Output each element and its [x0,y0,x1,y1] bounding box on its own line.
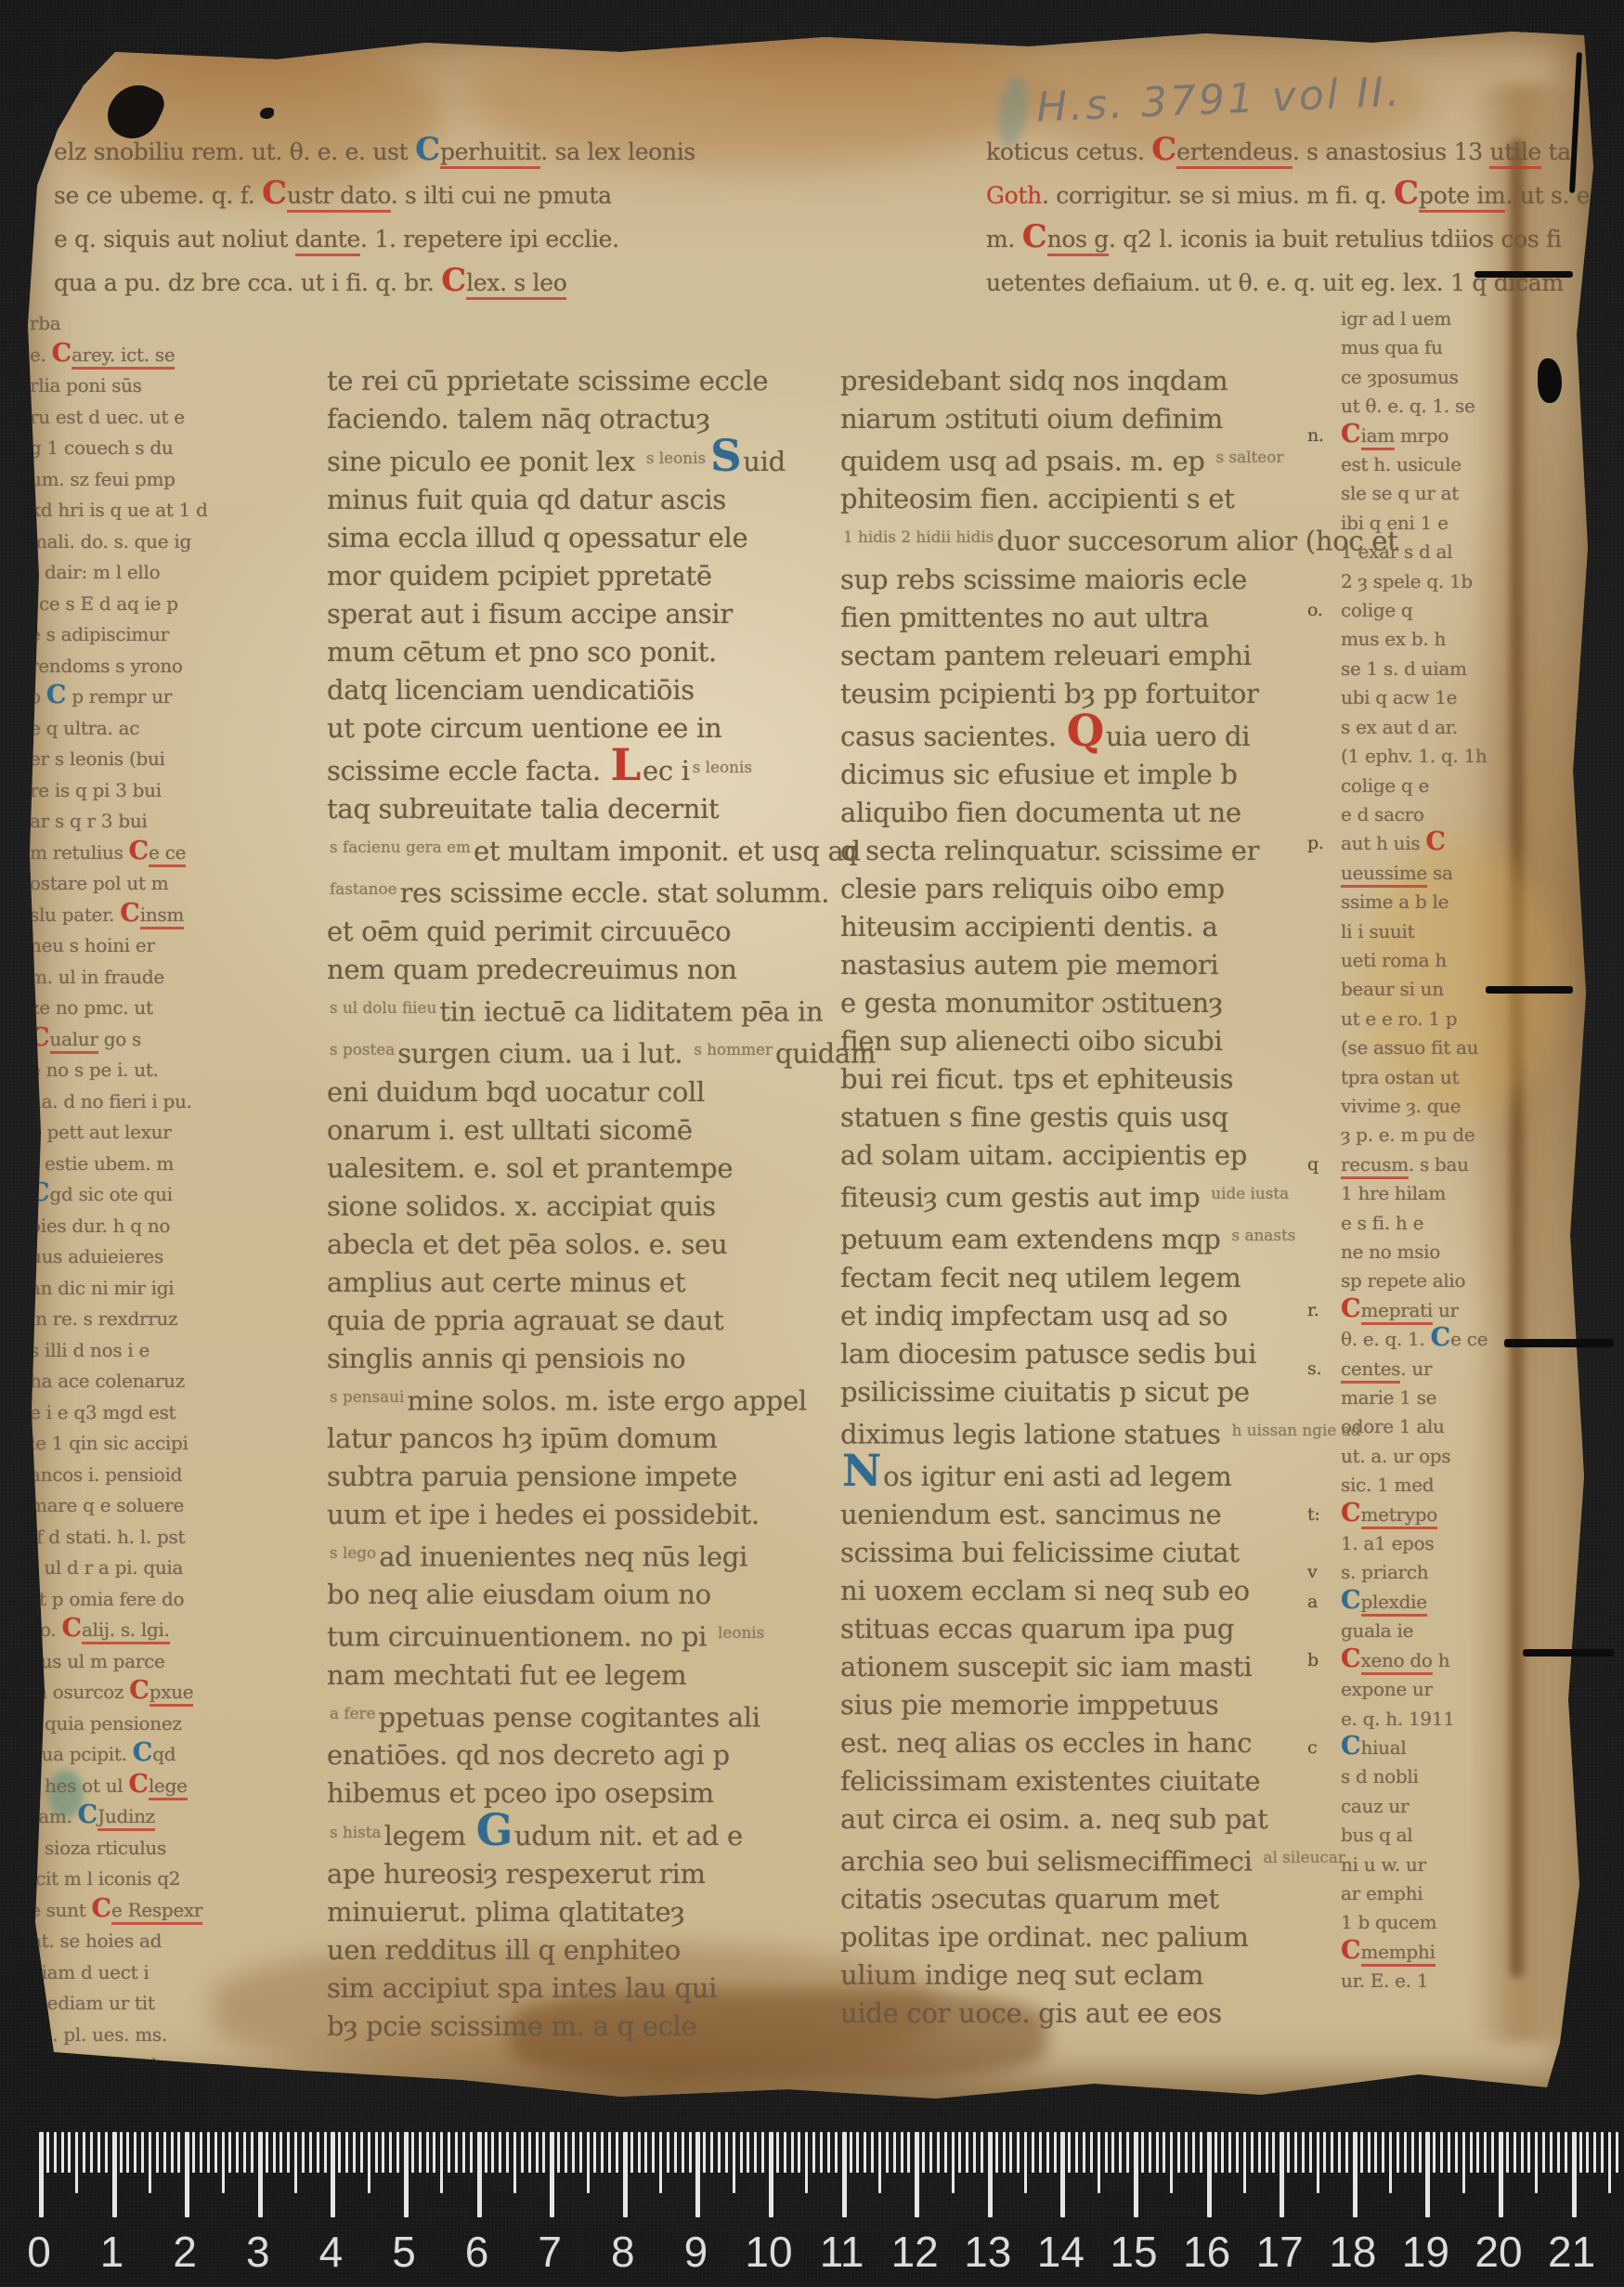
text-line: ce ȝposumus [1341,363,1575,392]
text-span: (se assuo fit au [1341,1036,1478,1059]
text-span: enatiōes. qd nos decreto agi p [327,1739,730,1771]
text-span: nt. se hoies ad [30,1930,162,1952]
ruler-tick [462,2132,465,2173]
text-line: ram. CJudinz [30,1801,327,1833]
text-line: ni u w. ur [1341,1851,1575,1879]
text-span: ob. pl. ues. ms. [30,2023,167,2046]
text-span: oies dur. h q no [30,1215,170,1237]
text-line: hiteusim accipienti dentis. a [840,908,1316,946]
text-line: cauz ur [1341,1792,1575,1821]
text-line: eni duidum bqd uocatur coll [327,1073,802,1111]
text-span: fiteusiȝ cum gestis aut imp [840,1181,1208,1213]
text-span: expone ur [1341,1678,1433,1700]
text-span: aliquibo fien documenta ut ne [840,797,1241,828]
text-span: ar s q r 3 bui [30,810,148,832]
ruler-tick [54,2132,57,2173]
text-line: ar emphi [1341,1879,1575,1908]
ruler-label: 8 [611,2227,635,2277]
margin-letter: a [1307,1588,1318,1617]
text-span: surgen cium. ua i lut. [397,1038,691,1070]
ruler-tick [630,2132,633,2173]
text-line: s.centes. ur [1341,1355,1575,1384]
ruler-tick [134,2132,136,2173]
ruler-tick [1389,2132,1392,2193]
rubricated-text: Judinz [97,1805,155,1831]
text-line: r.Cmeprati ur [1341,1296,1575,1325]
text-line: fectam fecit neq utilem legem [840,1259,1316,1297]
text-span: nem quam predecreuimus non [327,954,737,985]
text-span: 1 b qucem [1341,1911,1436,1933]
paraph-mark-icon: C [1341,1644,1360,1673]
text-span: bȝ pcie scissime m. a q ecle [327,2010,696,2042]
ruler-tick [842,2132,847,2217]
text-span: sup rebs scissime maioris ecle [840,564,1247,595]
ruler-tick [46,2132,49,2173]
text-span: gd sic ote qui [50,1183,173,1205]
text-span: . sa lex leonis [540,138,695,165]
text-line: sius pie memorie imppetuus [840,1686,1316,1724]
text-line: m retulius Ce ce [30,838,327,869]
text-span: s hes ot ul [30,1774,128,1797]
ruler-label: 10 [745,2227,792,2277]
ruler-tick [433,2132,435,2173]
paraph-mark-icon: C [129,1676,149,1705]
text-line: e q ultra. ac [30,713,327,745]
ruler-tick [1368,2132,1371,2173]
text-span: sius pie memorie imppetuus [840,1689,1218,1721]
ruler-tick [740,2132,743,2173]
text-line: ni uoxem ecclam si neq sub eo [840,1572,1316,1610]
ruler-tick [652,2132,655,2173]
text-span: scissime eccle facta. [327,755,609,786]
text-line: n.Ciam mrpo [1341,422,1575,450]
text-line: aut circa ei osim. a. neq sub pat [840,1800,1316,1839]
ruler-tick [587,2132,590,2193]
interlinear-gloss: s hommer [694,1040,773,1059]
ruler-tick [317,2132,319,2173]
ruler-tick [536,2132,539,2173]
rubricated-text: e Respexr [111,1899,202,1925]
ruler-tick [1134,2132,1138,2217]
text-span: sp repete alio [1341,1269,1465,1292]
text-span: ce ȝposumus [1341,366,1459,388]
text-line: qrecusm. s bau [1341,1150,1575,1179]
text-span: uiam d uect i [30,1961,149,1983]
text-span: aut circa ei osim. a. neq sub pat [840,1803,1267,1835]
ruler-tick [1149,2132,1151,2173]
ruler-tick [1046,2132,1049,2173]
text-line: in re. s rexdrruz [30,1304,327,1335]
ruler-tick [1221,2132,1224,2173]
text-line: m. ul in fraude [30,962,327,994]
ruler-tick [331,2132,335,2217]
text-span: s ex aut d ar. [1341,716,1458,738]
text-line: ueniendum est. sancimus ne [840,1496,1316,1534]
text-line: 1 uil q3 ua e 12 [30,2082,327,2113]
ruler-tick [1163,2132,1165,2173]
text-span: slu pater. [30,903,120,926]
text-span: hiual [1361,1736,1407,1759]
paraph-mark-icon: C [262,174,286,211]
text-span: niarum ɔstituti oium definim [840,403,1223,435]
text-span: petuum eam extendens mqp [840,1224,1228,1255]
ruler-tick [345,2132,348,2173]
ruler-tick [1411,2132,1414,2173]
ruler-tick [1111,2132,1114,2173]
text-span: 1 hre hilam [1341,1182,1446,1204]
ruler-tick [856,2132,859,2173]
text-line: li i suuit [1341,917,1575,946]
text-span: go s [98,1028,141,1050]
text-line: rendoms s yrono [30,651,327,682]
rubricated-text: ualur [50,1028,98,1054]
text-line: um. sz feui pmp [30,464,327,496]
text-span: taq subreuitate talia decernit [327,793,719,825]
ruler-tick [1280,2132,1284,2217]
ruler-tick [75,2132,78,2193]
text-span: res scissime eccle. stat solumm. [400,877,830,909]
text-span: ulium indige neq sut eclam [840,1959,1203,1991]
text-span: ut. a. ur ops [1341,1445,1450,1467]
text-line: e i e q3 mgd est [30,1397,327,1429]
ruler-tick [97,2132,100,2173]
text-line: casus sacientes. Quia uero di [840,713,1316,756]
ruler-label: 1 [100,2227,124,2277]
text-line: uum et ipe i hedes ei possidebit. [327,1496,802,1534]
ruler-label: 13 [964,2227,1011,2277]
text-line: phiteosim fien. accipienti s et [840,480,1316,518]
text-span: 1 pett aut lexur [30,1121,172,1143]
text-line: oies dur. h q no [30,1211,327,1242]
initial-letter: N [842,1445,881,1496]
text-span: mus qua fu [1341,336,1443,358]
text-line: expone ur [1341,1675,1575,1704]
paraph-mark-icon: C [1341,1294,1360,1323]
text-span: mus ex b. h [1341,628,1446,650]
ruler-tick [995,2132,998,2173]
ruler-tick [163,2132,166,2173]
text-line: mediam ur tit [30,1988,327,2020]
text-line: er s leonis (bui [30,744,327,775]
text-span: e i e q3 mgd est [30,1401,175,1423]
text-line: ape hureosiȝ respexerut rim [327,1855,802,1893]
ruler-tick [952,2132,955,2193]
text-line: vivime ȝ. que [1341,1092,1575,1121]
ruler-tick [360,2132,363,2173]
ruler-tick [207,2132,210,2173]
text-span: colige q [1341,599,1412,621]
initial-letter: G [476,1804,513,1855]
text-line: fien sup alienecti oibo sicubi [840,1022,1316,1060]
text-line: r ul d r a pi. quia [30,1553,327,1584]
paraph-mark-icon: C [1394,174,1418,211]
ruler-tick [1009,2132,1012,2173]
ruler-tick [733,2132,735,2193]
text-line: e. q. h. 1911 [1341,1705,1575,1734]
paraph-mark-icon: C [133,1738,152,1767]
text-span: Tmuuerur. selz [30,2054,166,2076]
text-span: hiteusim accipienti dentis. a [840,911,1217,942]
text-line: s facienu gera emet multam imponit. et u… [327,828,802,870]
ruler-tick [513,2132,516,2193]
text-span: dicimus sic efusiue et imple b [840,759,1238,790]
text-line: amplius aut certe minus et [327,1264,802,1302]
ruler-tick [448,2132,450,2173]
margin-letter: o. [1307,596,1323,625]
text-line: mor quidem pcipiet ppretatē [327,557,802,595]
ruler-tick [1455,2132,1458,2173]
ruler-tick [812,2132,815,2173]
text-line: ut θ. e. q. 1. se [1341,392,1575,421]
text-span: latur pancos hȝ ipūm domum [327,1423,717,1454]
top-gloss-left: elz snobiliu rem. ut. θ. e. e. ust Cperh… [54,130,992,305]
ruler-label: 7 [538,2227,562,2277]
text-span: s sioza rticulus [30,1837,166,1859]
margin-letter: n. [1307,422,1324,450]
main-text-column-2: presidebant sidq nos inqdamniarum ɔstitu… [840,362,1316,2033]
text-span: θ. e. q. 1. [1341,1328,1431,1350]
ruler-tick [309,2132,312,2173]
text-span: qua pcipit. [30,1743,133,1765]
interlinear-gloss: s hista [330,1823,382,1841]
interlinear-gloss: s ul dolu fiieu [330,998,436,1017]
text-span: ta [1541,138,1571,165]
rubricated-text: pote im [1419,182,1505,213]
text-span: guala ie [1341,1619,1413,1642]
ruler-tick [68,2132,71,2173]
text-span: mine solos. m. iste ergo appel [407,1384,806,1416]
text-span: qua a pu. dz bre cca. ut i fi. q. br. [54,269,441,296]
ruler-tick [616,2132,618,2173]
text-line: et indiq impfectam usq ad so [840,1297,1316,1335]
text-line: s illi d nos i e [30,1335,327,1367]
ruler-tick [112,2132,117,2217]
rubricated-text: ueussime [1341,862,1427,888]
ruler-tick [83,2132,85,2173]
text-span: ni uoxem ecclam si neq sub eo [840,1575,1250,1606]
ruler-tick [1068,2132,1071,2173]
ruler-tick [667,2132,669,2173]
text-line: est h. usicule [1341,450,1575,479]
text-line: sup rebs scissime maioris ecle [840,561,1316,599]
text-span: e s adipiscimur [30,623,169,645]
text-line: bo neq alie eiusdam oium no [327,1576,802,1614]
ruler-tick [411,2132,414,2173]
text-line: cChiual [1341,1734,1575,1762]
ruler-tick [61,2132,64,2173]
paraph-mark-icon: C [30,1023,49,1052]
ruler-tick [1440,2132,1443,2173]
text-line: psilicissime ciuitatis p sicut pe [840,1373,1316,1411]
interlinear-gloss: s leonis [693,758,752,776]
text-span: ne no msio [1341,1241,1440,1263]
text-span: mum cētum et pno sco ponit. [327,636,717,668]
text-line: 1 pett aut lexur [30,1117,327,1149]
text-span: uid [743,446,786,477]
text-span: ad inuenientes neq nūs legi [379,1540,747,1572]
text-span: clesie pars reliquis oibo emp [840,873,1225,904]
stitch-mark [1504,1339,1614,1347]
ruler-label: 9 [684,2227,708,2277]
paraph-mark-icon: C [1425,827,1445,856]
ruler-tick [185,2132,189,2217]
text-span: ubi q acw 1e [1341,686,1457,708]
text-span: ualesitem. e. sol et prantempe [327,1152,733,1184]
text-span: ur [1433,1299,1459,1321]
text-span: ar emphi [1341,1882,1423,1904]
text-span: stituas eccas quarum ipa pug [840,1613,1234,1644]
text-line: e s adipiscimur [30,619,327,651]
text-line: stituas eccas quarum ipa pug [840,1610,1316,1648]
ruler-tick [1141,2132,1144,2173]
text-line: elz snobiliu rem. ut. θ. e. e. ust Cperh… [54,130,992,174]
ruler-tick [396,2132,399,2173]
text-line: bȝ pcie scissime m. a q ecle [327,2008,802,2046]
ruler-tick [1243,2132,1246,2193]
ruler-label: 0 [27,2227,51,2277]
ruler-tick [1032,2132,1034,2173]
text-line: icit m l iconis q2 [30,1864,327,1895]
text-span: quidem usq ad psais. m. ep [840,445,1213,476]
rubricated-text: recusm [1341,1153,1409,1179]
text-line: sine piculo ee ponit lex s leonisSuid [327,438,802,481]
paraph-mark-icon: C [120,899,139,928]
ruler-label: 21 [1548,2227,1595,2277]
interlinear-gloss: al sileucar [1264,1848,1345,1866]
text-line: ff d stati. h. l. pst [30,1522,327,1553]
text-span: ationem suscepit sic iam masti [840,1651,1252,1683]
ruler-tick [689,2132,692,2173]
text-line: ad solam uitam. accipientis ep [840,1137,1316,1175]
ruler-tick [710,2132,713,2173]
text-span: uen redditus ill q enphiteo [327,1934,681,1966]
top-gloss-right: koticus cetus. Certendeus. s anastosius … [986,130,1594,305]
ruler-tick [1207,2132,1212,2217]
ruler-tick [1317,2132,1319,2193]
text-line: s pensauimine solos. m. iste ergo appel [327,1378,802,1420]
ruler-tick [1448,2132,1450,2173]
text-span: felicissimam existentes ciuitate [840,1765,1260,1797]
ruler-label: 15 [1110,2227,1157,2277]
text-span: e sunt [30,1899,92,1921]
text-span: mor quidem pcipiet ppretatē [327,560,712,591]
text-span: phiteosim fien. accipienti s et [840,483,1234,514]
ruler-tick [375,2132,378,2173]
text-span: p rempr ur [66,685,172,708]
text-span: politas ipe ordinat. nec palium [840,1921,1249,1953]
rubricated-text: insm [140,903,184,929]
text-span: hibemus et pceo ipo osepsim [327,1777,714,1809]
text-line: m. Cnos g. q2 l. iconis ia buit retulius… [986,217,1594,261]
text-span: datq licenciam uendicatiōis [327,674,695,706]
ruler-tick [338,2132,341,2173]
ruler-tick [1462,2132,1465,2193]
paraph-mark-icon: C [78,1800,97,1829]
text-span: s estie ubem. m [30,1152,174,1175]
ruler-tick [1425,2132,1430,2217]
ruler-tick [368,2132,370,2193]
pencil-shelfmark: H.s. 3791 vol II. [1035,68,1403,131]
right-margin-gloss: igr ad l uemmus qua fuce ȝposumusut θ. e… [1341,305,1575,1996]
text-line: mus ex b. h [1341,625,1575,654]
text-line: bus q al [1341,1821,1575,1850]
text-line: mare q e soluere [30,1490,327,1522]
ruler-tick [929,2132,932,2173]
ruler-tick [266,2132,268,2173]
ruler-tick [1098,2132,1100,2193]
text-line: uide cor uoce. gis aut ee eos [840,1995,1316,2033]
ruler-tick [557,2132,560,2173]
text-span: statuen s fine gestis quis usq [840,1101,1228,1133]
interlinear-gloss: leonis [718,1623,764,1642]
text-span: bui rei ficut. tps et ephiteusis [840,1063,1233,1095]
text-span: mali. do. s. que ig [30,530,191,552]
interlinear-gloss: s facienu gera em [330,838,471,856]
text-span: sic. 1 med [1341,1474,1434,1496]
ruler-tick [1579,2132,1582,2173]
text-line: subtra paruia pensione impete [327,1458,802,1496]
text-span: tin iectuē ca liditatem pēa in [439,995,823,1027]
text-span: ostare pol ut m [30,872,168,894]
text-span: vivime ȝ. que [1341,1095,1461,1117]
text-line: aliquibo fien documenta ut ne [840,794,1316,832]
margin-letter: v [1307,1558,1317,1587]
ruler-tick [419,2132,422,2173]
text-span: 1. a1 epos [1341,1532,1434,1554]
paraph-mark-icon: C [1341,1499,1360,1527]
ruler-tick [455,2132,458,2173]
paraph-mark-icon: C [1431,1323,1450,1352]
text-line: vo. Calij. s. lgi. [30,1615,327,1646]
text-span: se 1 s. d uiam [1341,657,1467,680]
text-line: sce s E d aq ie p [30,589,327,620]
ruler-tick [214,2132,217,2173]
stitch-mark [1523,1649,1614,1657]
rubricated-text: e ce [149,841,186,867]
text-line: s sioza rticulus [30,1833,327,1865]
initial-letter: S [710,430,741,481]
paraph-mark-icon: C [52,339,71,368]
text-span: et oēm quid perimit circuuēco [327,916,731,947]
text-span: . s ilti cui ne pmuta [391,182,612,209]
interlinear-gloss: fastanoe [330,879,397,898]
text-line: Cualur go s [30,1024,327,1056]
ruler-tick [1542,2132,1545,2173]
ruler-tick [1156,2132,1159,2173]
ruler-tick [1557,2132,1560,2173]
text-line: est. neq alias os eccles in hanc [840,1724,1316,1762]
paraph-mark-icon: C [1341,420,1360,448]
ruler-tick [1404,2132,1407,2173]
margin-letter: t: [1307,1501,1319,1529]
text-line: nt. se hoies ad [30,1926,327,1957]
text-span: 1 exar s d al [1341,540,1452,563]
text-line: abecla et det pēa solos. e. seu [327,1226,802,1264]
text-line: quia de ppria agrauat se daut [327,1302,802,1340]
interlinear-gloss: 1 hidis 2 hidii hidis [843,527,994,546]
text-span: scissima bui felicissime ciutat [840,1537,1240,1568]
text-span: h [1433,1649,1450,1671]
text-span: est h. usicule [1341,453,1462,475]
ruler-tick [798,2132,800,2173]
rubric-text: Goth [986,182,1042,209]
text-span: q secta relinquatur. scissime er [840,835,1259,866]
text-span: minus fuit quia qd datur ascis [327,484,726,515]
text-line: mum cētum et pno sco ponit. [327,633,802,671]
paraph-mark-icon: C [415,130,439,167]
paraph-mark-icon: C [30,1178,49,1207]
ruler-label: 3 [246,2227,270,2277]
